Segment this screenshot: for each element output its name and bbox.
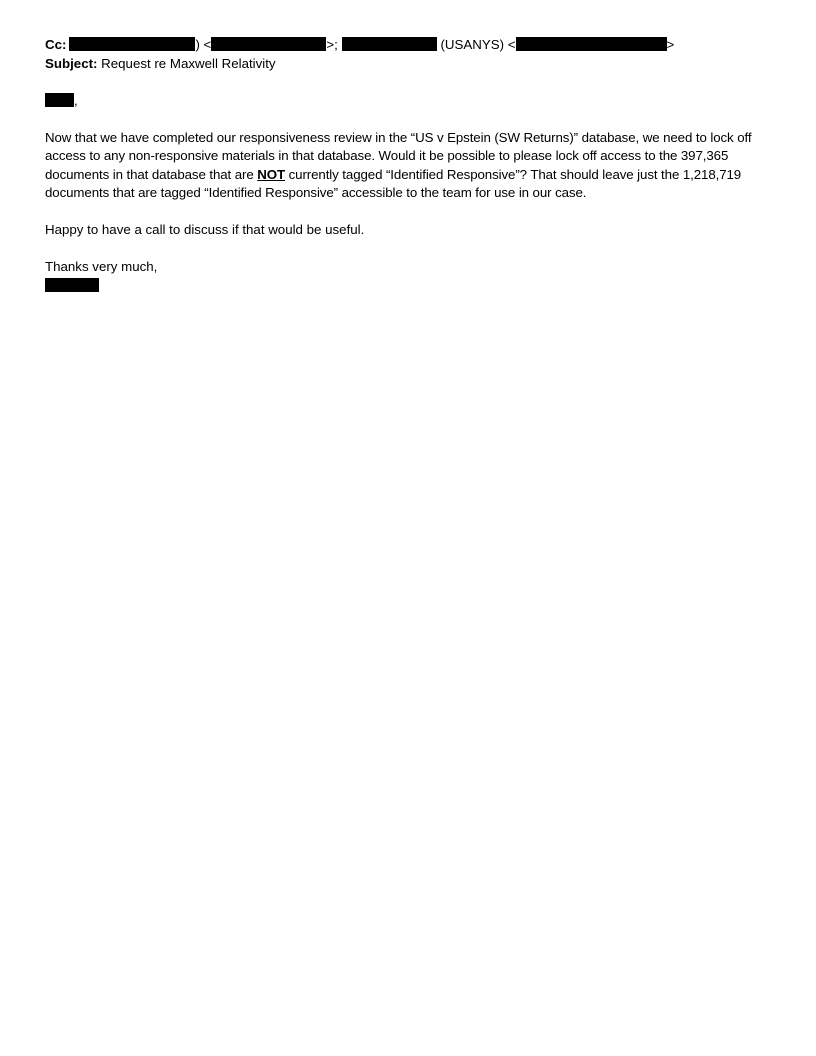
redaction-box	[342, 37, 437, 51]
cc-separator: >;	[326, 37, 337, 52]
subject-label: Subject:	[45, 56, 97, 71]
cc-separator: ) <	[195, 37, 211, 52]
spacer	[45, 110, 775, 129]
subject-value: Request re Maxwell Relativity	[97, 56, 275, 71]
paragraph-line: documents that are tagged “Identified Re…	[45, 184, 780, 203]
redaction-box	[211, 37, 326, 51]
redaction-box	[69, 37, 195, 51]
body-paragraph-call: Happy to have a call to discuss if that …	[45, 221, 775, 240]
cc-org-text: (USANYS) <	[437, 37, 516, 52]
closing-line: Thanks very much,	[45, 258, 775, 277]
paragraph-line: Now that we have completed our responsiv…	[45, 129, 780, 148]
subject-line: Subject: Request re Maxwell Relativity	[45, 55, 775, 74]
redaction-box	[516, 37, 667, 51]
redaction-box	[45, 93, 74, 107]
greeting-line: ,	[45, 92, 775, 111]
paragraph-text: documents in that database that are	[45, 167, 257, 182]
spacer	[45, 203, 775, 222]
redaction-box	[45, 278, 99, 292]
spacer	[45, 73, 775, 92]
cc-separator: >	[667, 37, 675, 52]
cc-label: Cc:	[45, 37, 66, 52]
paragraph-line: documents in that database that are NOT …	[45, 166, 780, 185]
cc-line: Cc:) <>; (USANYS) <>	[45, 36, 775, 55]
emphasis-not: NOT	[257, 167, 285, 182]
paragraph-line: access to any non-responsive materials i…	[45, 147, 780, 166]
greeting-comma: ,	[74, 93, 78, 108]
paragraph-text: currently tagged “Identified Responsive”…	[285, 167, 741, 182]
email-document: Cc:) <>; (USANYS) <> Subject: Request re…	[45, 36, 775, 295]
body-paragraph-request: Now that we have completed our responsiv…	[45, 129, 780, 203]
spacer	[45, 240, 775, 259]
signature-line	[45, 277, 775, 296]
